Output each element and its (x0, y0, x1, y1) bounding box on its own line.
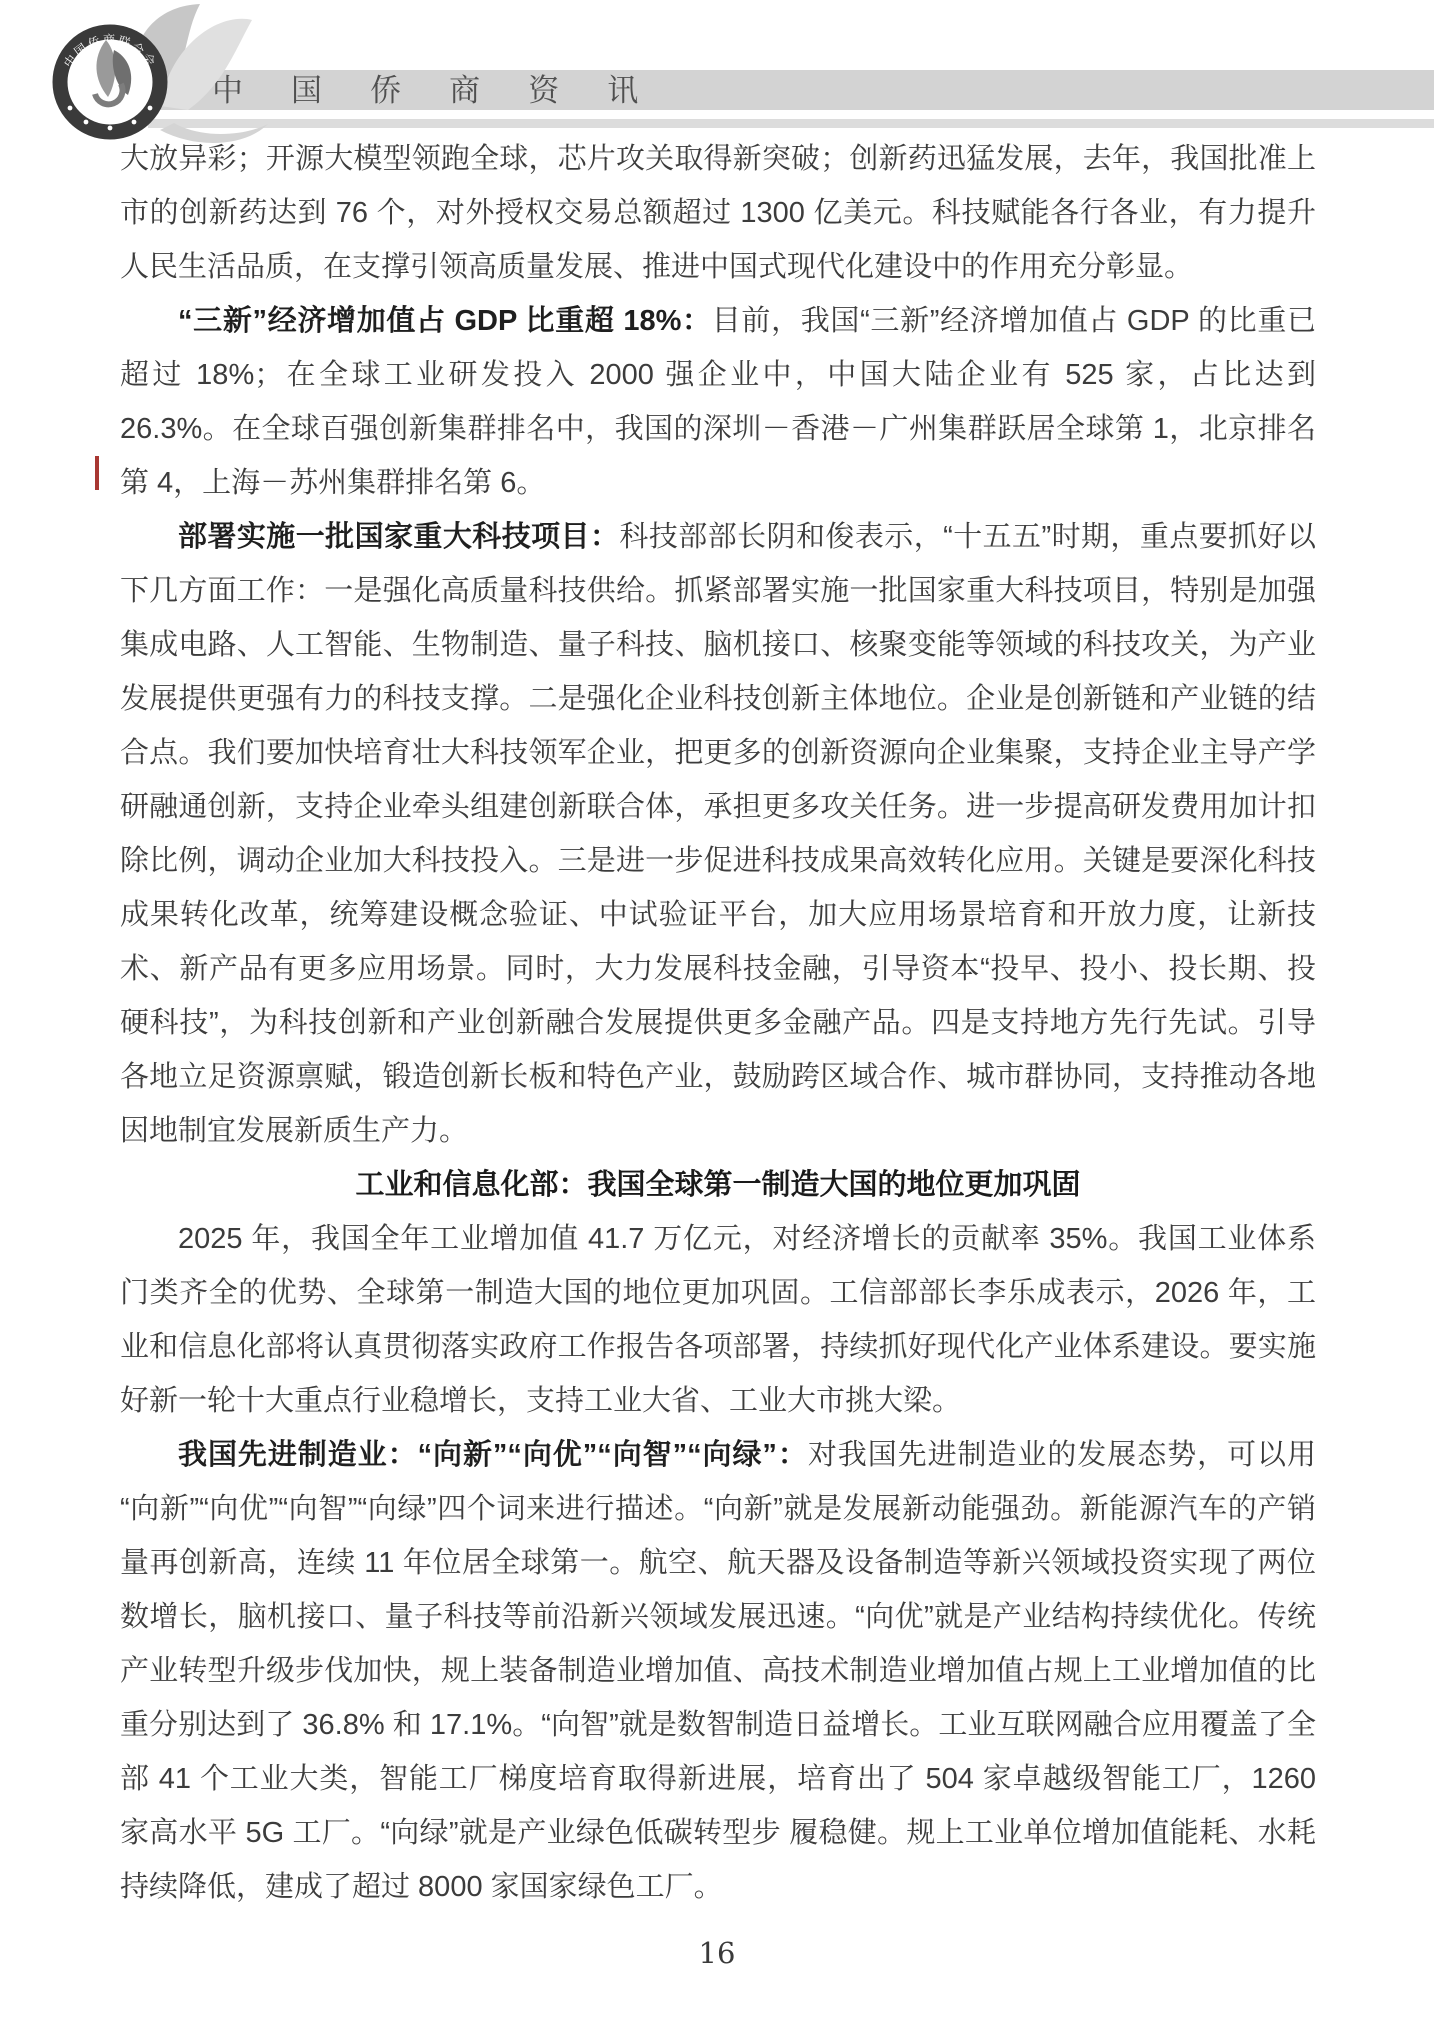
paragraph-bold-lead: 部署实施一批国家重大科技项目： (178, 521, 619, 553)
magazine-page: { "page": { "number": "16" }, "header": … (0, 0, 1434, 2024)
paragraph-text: 大放异彩；开源大模型领跑全球，芯片攻关取得新突破；创新药迅猛发展，去年，我国批准… (120, 143, 1316, 283)
section-heading: 工业和信息化部：我国全球第一制造大国的地位更加巩固 (120, 1158, 1316, 1212)
paragraph: “三新”经济增加值占 GDP 比重超 18%：目前，我国“三新”经济增加值占 G… (120, 294, 1316, 510)
paragraph-text: 2025 年，我国全年工业增加值 41.7 万亿元，对经济增长的贡献率 35%。… (120, 1223, 1316, 1417)
article-body: 大放异彩；开源大模型领跑全球，芯片攻关取得新突破；创新药迅猛发展，去年，我国批准… (120, 132, 1316, 1914)
paragraph-text: 对我国先进制造业的发展态势，可以用“向新”“向优”“向智”“向绿”四个词来进行描… (120, 1439, 1316, 1903)
paragraph-bold-lead: “三新”经济增加值占 GDP 比重超 18%： (178, 305, 712, 337)
page-number: 16 (699, 1936, 736, 1970)
petal-curl (160, 123, 268, 143)
page-footer: 16 (0, 1936, 1434, 1970)
association-seal-logo: 中国侨商联合会 (48, 4, 312, 146)
paragraph-text: 科技部部长阴和俊表示，“十五五”时期，重点要抓好以下几方面工作：一是强化高质量科… (120, 521, 1316, 1147)
paragraph: 部署实施一批国家重大科技项目：科技部部长阴和俊表示，“十五五”时期，重点要抓好以… (120, 510, 1316, 1158)
red-margin-mark (95, 456, 99, 490)
paragraph: 2025 年，我国全年工业增加值 41.7 万亿元，对经济增长的贡献率 35%。… (120, 1212, 1316, 1428)
paragraph: 大放异彩；开源大模型领跑全球，芯片攻关取得新突破；创新药迅猛发展，去年，我国批准… (120, 132, 1316, 294)
paragraph: 我国先进制造业：“向新”“向优”“向智”“向绿”：对我国先进制造业的发展态势，可… (120, 1428, 1316, 1914)
header-band-thin (148, 119, 1434, 128)
seal-logo-graphic: 中国侨商联合会 (48, 4, 312, 146)
paragraph-bold-lead: 我国先进制造业：“向新”“向优”“向智”“向绿”： (178, 1439, 808, 1471)
